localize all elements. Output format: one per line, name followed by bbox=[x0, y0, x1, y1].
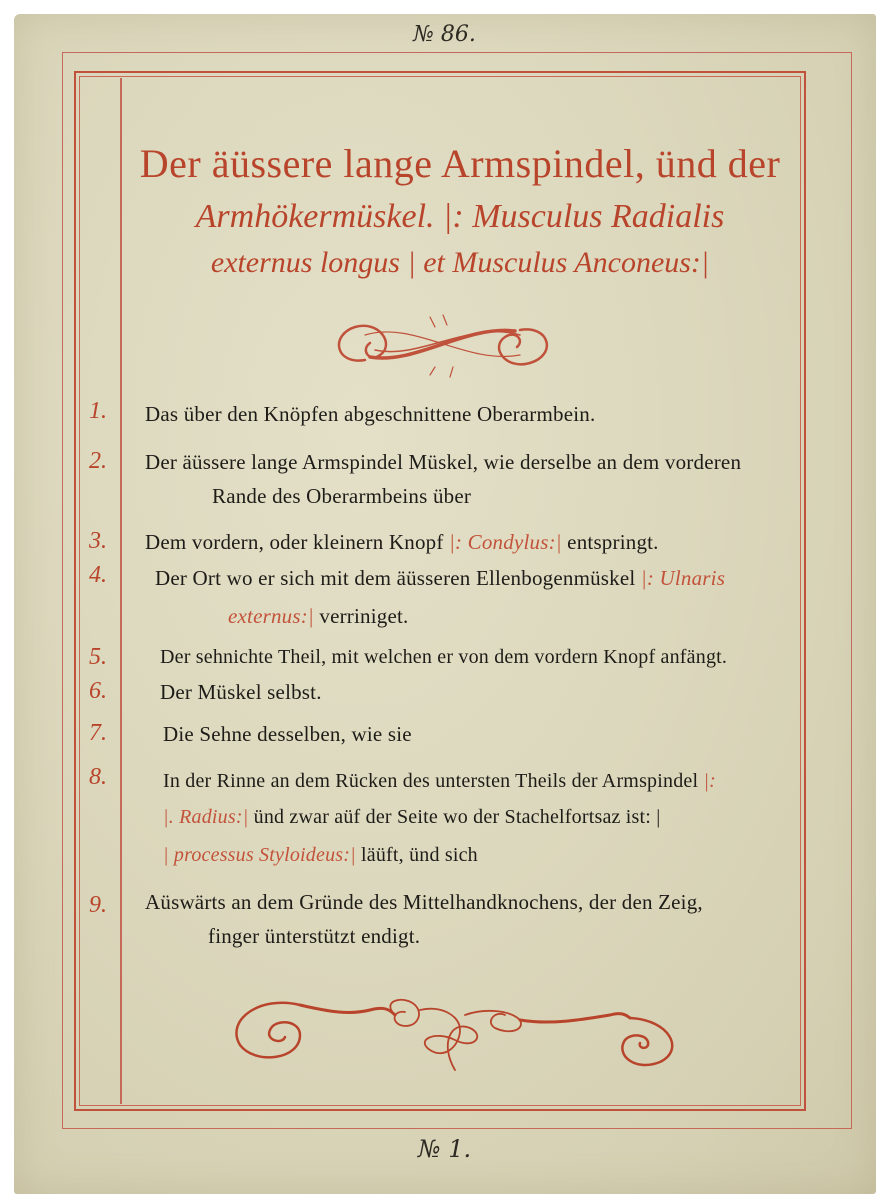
entry-text: Dem vordern, oder kleinern Knopf |: Cond… bbox=[145, 530, 659, 555]
entry-number: 9. bbox=[78, 892, 118, 919]
latin-term: |: Ulnaris bbox=[641, 566, 725, 590]
entry-text-black: Dem vordern, oder kleinern Knopf bbox=[145, 530, 449, 554]
folio-number-top: № 86. bbox=[0, 22, 889, 47]
title-line-1: Der äüssere lange Armspindel, ünd der bbox=[120, 140, 800, 187]
entry-text: Rande des Oberarmbeins über bbox=[212, 484, 471, 509]
entry-text: | processus Styloideus:| läüft, ünd sich bbox=[163, 844, 478, 867]
entry-text: In der Rinne an dem Rücken des untersten… bbox=[163, 770, 716, 793]
entry-number: 7. bbox=[78, 720, 118, 747]
latin-term: externus:| bbox=[228, 604, 314, 628]
folio-number-bottom: № 1. bbox=[0, 1135, 889, 1163]
latin-term: | processus Styloideus:| bbox=[163, 844, 356, 866]
entry-text: finger ünterstützt endigt. bbox=[208, 924, 420, 949]
title-line-2: Armhökermüskel. |: Musculus Radialis bbox=[120, 198, 800, 236]
entry-text: Der äüssere lange Armspindel Müskel, wie… bbox=[145, 450, 741, 475]
entry-text: Die Sehne desselben, wie sie bbox=[163, 722, 412, 747]
entry-number: 5. bbox=[78, 644, 118, 671]
latin-term: |. Radius:| bbox=[163, 806, 248, 828]
entry-text: Aüswärts an dem Gründe des Mittelhandkno… bbox=[145, 890, 703, 915]
entry-number: 8. bbox=[78, 764, 118, 791]
title-line-3: externus longus | et Musculus Anconeus:| bbox=[120, 246, 800, 280]
entry-text-black: läüft, ünd sich bbox=[356, 844, 478, 866]
entry-text-black: entspringt. bbox=[562, 530, 659, 554]
entry-text: Der sehnichte Theil, mit welchen er von … bbox=[160, 646, 727, 669]
entry-text: Der Ort wo er sich mit dem äüsseren Elle… bbox=[155, 566, 725, 591]
entry-text: Der Müskel selbst. bbox=[160, 680, 322, 705]
entry-text-black: Der Ort wo er sich mit dem äüsseren Elle… bbox=[155, 566, 641, 590]
entry-number: 1. bbox=[78, 398, 118, 425]
entry-number: 2. bbox=[78, 448, 118, 475]
latin-term: |: bbox=[703, 770, 716, 792]
scroll-flourish-icon bbox=[325, 305, 560, 385]
scroll-flourish-icon bbox=[220, 990, 690, 1080]
entry-text: Das über den Knöpfen abgeschnittene Ober… bbox=[145, 402, 595, 427]
latin-term: |: Condylus:| bbox=[449, 530, 562, 554]
entry-text: |. Radius:| ünd zwar aüf der Seite wo de… bbox=[163, 806, 660, 829]
entry-text-black: ünd zwar aüf der Seite wo der Stachelfor… bbox=[248, 806, 660, 828]
entry-text: externus:| verriniget. bbox=[228, 604, 408, 629]
entry-number: 4. bbox=[78, 562, 118, 589]
entry-number: 6. bbox=[78, 678, 118, 705]
entry-number: 3. bbox=[78, 528, 118, 555]
entry-text-black: In der Rinne an dem Rücken des untersten… bbox=[163, 770, 703, 792]
entry-text-black: verriniget. bbox=[314, 604, 409, 628]
